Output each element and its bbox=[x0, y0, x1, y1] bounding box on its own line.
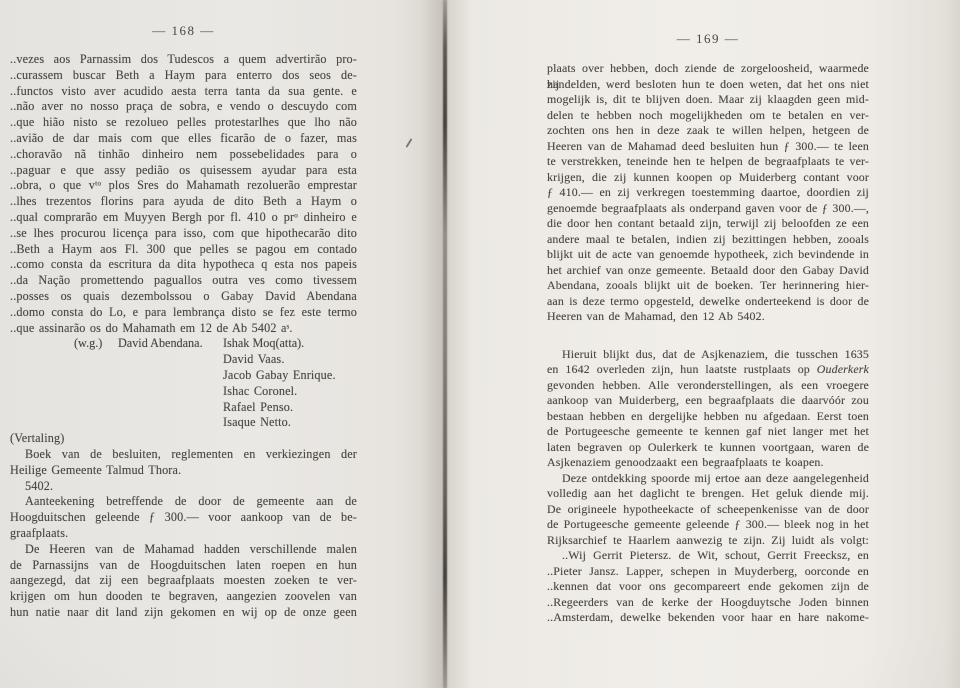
text-line: Deze ontdekking spoorde mij ertoe aan de… bbox=[547, 471, 869, 487]
text-line: hun natie naar dit land zijn gekomen en … bbox=[10, 605, 357, 621]
text-line: ..lhes trezentos florins para ayuda de d… bbox=[10, 194, 357, 210]
text-line: ..se lhes procurou licença para isso, co… bbox=[10, 226, 357, 242]
text-line: ..curassem buscar Beth a Haym para enter… bbox=[10, 68, 357, 84]
text-line: te verstrekken, teneinde hen te helpen d… bbox=[547, 154, 869, 170]
text-line: bestaan hebben en dergelijke hebben nu a… bbox=[547, 409, 869, 425]
text-line: ..Beth a Haym aos Fl. 300 que pelles se … bbox=[10, 242, 357, 258]
text-line: de Portugeesche gemeente te kennen gaf n… bbox=[547, 424, 869, 440]
text-line: ..choravão nã tinhão dinheiro nem posseb… bbox=[10, 147, 357, 163]
text-line: de Parnassijns van de Hoogduitschen late… bbox=[10, 558, 357, 574]
text-line: 5402. bbox=[10, 479, 357, 495]
page-number-168: — 168 — bbox=[10, 22, 357, 39]
text-line: ..avião de dar mais com que elles ficarã… bbox=[10, 131, 357, 147]
signature-name: Jacob Gabay Enrique. bbox=[223, 368, 357, 384]
portuguese-minute-text: ..vezes aos Parnassim dos Tudescos a que… bbox=[10, 52, 357, 336]
dutch-translation-text: (Vertaling)Boek van de besluiten, reglem… bbox=[10, 431, 357, 621]
text-line: ..obra, o que vᵗᵒ plos Sres do Mahamath … bbox=[10, 178, 357, 194]
text-line: die door hen contant betaald zijn, terwi… bbox=[547, 216, 869, 232]
translation-continued-text: plaats over hebben, doch ziende de zorge… bbox=[547, 61, 869, 325]
text-line: ..posses os quais dezembolssou o Gabay D… bbox=[10, 289, 357, 305]
text-line: handelden, werd besloten hun te doen wet… bbox=[547, 77, 869, 93]
text-line: ..que hião nisto se rezolueo pelles prot… bbox=[10, 115, 357, 131]
text-line: blijkt uit de acte van genoemde hypothee… bbox=[547, 247, 869, 263]
text-line: andere maal te betalen, indien zij bezit… bbox=[547, 232, 869, 248]
text-line: krijgen om hun dooden te begraven, aange… bbox=[10, 589, 357, 605]
text-line: ..não aver no nosso praça de sobra, e ve… bbox=[10, 99, 357, 115]
page-168: — 168 — ..vezes aos Parnassim dos Tudesc… bbox=[10, 22, 357, 621]
text-line: ..da Nação promettendo paguallos outra v… bbox=[10, 273, 357, 289]
text-line: genoemde begraafplaats als onderpand gav… bbox=[547, 201, 869, 217]
text-line: aan is deze termo opgesteld, dewelke ond… bbox=[547, 294, 869, 310]
signature-name: David Abendana. bbox=[118, 336, 223, 352]
text-line: Heeren van de Mahamad, den 12 Ab 5402. bbox=[547, 309, 869, 325]
text-line: Heilige Gemeente Talmud Thora. bbox=[10, 463, 357, 479]
signature-name: David Vaas. bbox=[223, 352, 357, 368]
text-line: de Portugeesche gemeente geleende ƒ 300.… bbox=[547, 517, 869, 533]
text-line: het archief van onze gemeente. Betaald d… bbox=[547, 263, 869, 279]
text-line: zochten ons hen in deze zaak te willen h… bbox=[547, 123, 869, 139]
text-line: ..vezes aos Parnassim dos Tudescos a que… bbox=[10, 52, 357, 68]
page-169: — 169 — plaats over hebben, doch ziende … bbox=[547, 30, 869, 626]
text-line: ..domo consta do Lo, e para lembrança di… bbox=[10, 305, 357, 321]
signature-name: Rafael Penso. bbox=[223, 400, 357, 416]
text-line: gevonden hebben. Alle veronderstellingen… bbox=[547, 378, 869, 394]
text-line: mogelijk is, dit te blijven doen. Maar z… bbox=[547, 92, 869, 108]
text-line: ..Wij Gerrit Pietersz. de Wit, schout, G… bbox=[547, 548, 869, 564]
text-line: ..qual comprarão em Muyyen Bergh por fl.… bbox=[10, 210, 357, 226]
text-line: Asjkenaziem genoodzaakt een begraafplaat… bbox=[547, 455, 869, 471]
text-line: Hieruit blijkt dus, dat de Asjkenaziem, … bbox=[547, 347, 869, 363]
text-line: De origineele hypotheekacte of scheepenk… bbox=[547, 502, 869, 518]
text-line: plaats over hebben, doch ziende de zorge… bbox=[547, 61, 869, 77]
text-line: Rijksarchief te Haarlem aanwezig te zijn… bbox=[547, 533, 869, 549]
text-line: krijgen, die zij kunnen koopen op Muider… bbox=[547, 170, 869, 186]
page-number-169: — 169 — bbox=[547, 30, 869, 47]
text-line: Abendana, zooals blijkt uit de boeken. T… bbox=[547, 278, 869, 294]
text-line: Boek van de besluiten, reglementen en ve… bbox=[10, 447, 357, 463]
commentary-text: Hieruit blijkt dus, dat de Asjkenaziem, … bbox=[547, 347, 869, 626]
signature-name-list: David Vaas.Jacob Gabay Enrique.Ishac Cor… bbox=[223, 352, 357, 431]
text-line: en 1642 overleden zijn, hun laatste rust… bbox=[547, 362, 869, 378]
text-line: laten begraven op Oulerkerk te kunnen vo… bbox=[547, 440, 869, 456]
text-line: ..kennen dat voor ons gecompareert ende … bbox=[547, 579, 869, 595]
signature-name: Isaque Netto. bbox=[223, 415, 357, 431]
text-line: graafplaats. bbox=[10, 526, 357, 542]
signature-row: (w.g.) David Abendana. Ishak Moq(atta). bbox=[10, 336, 357, 352]
text-line: delen te hebben noch mogelijkheden om te… bbox=[547, 108, 869, 124]
text-line: ƒ 410.— en zij verkregen toestemming daa… bbox=[547, 185, 869, 201]
text-line: ..paguar e que assy pedião os quisessem … bbox=[10, 163, 357, 179]
text-line: ..Pieter Jansz. Lapper, schepen in Muyde… bbox=[547, 564, 869, 580]
text-line: volledig aan het daglicht te brengen. He… bbox=[547, 486, 869, 502]
text-line: ..functos visto aver acudido aesta terra… bbox=[10, 84, 357, 100]
text-line: ..Amsterdam, dewelke bekenden voor haar … bbox=[547, 610, 869, 626]
signature-name: Ishak Moq(atta). bbox=[223, 336, 304, 352]
text-line: De Heeren van de Mahamad hadden verschil… bbox=[10, 542, 357, 558]
text-line: ..que assinarão os do Mahamath em 12 de … bbox=[10, 321, 357, 337]
book-scan: — 168 — ..vezes aos Parnassim dos Tudesc… bbox=[0, 0, 960, 688]
signature-name: Ishac Coronel. bbox=[223, 384, 357, 400]
text-line: Hoogduitschen geleende ƒ 300.— voor aank… bbox=[10, 510, 357, 526]
text-line: ..Regeerders van de kerke der Hoogduytsc… bbox=[547, 595, 869, 611]
signed-abbreviation: (w.g.) bbox=[74, 336, 118, 352]
text-line: Aanteekening betreffende de door de geme… bbox=[10, 494, 357, 510]
text-line: aangezegd, dat zij een begraafplaats moe… bbox=[10, 573, 357, 589]
text-line: Heeren van de Mahamad deed besluiten hun… bbox=[547, 139, 869, 155]
text-line: (Vertaling) bbox=[10, 431, 357, 447]
text-line: ..como consta da escritura da dita hypot… bbox=[10, 257, 357, 273]
text-line: aankoop van Muiderberg, een begraafplaat… bbox=[547, 393, 869, 409]
